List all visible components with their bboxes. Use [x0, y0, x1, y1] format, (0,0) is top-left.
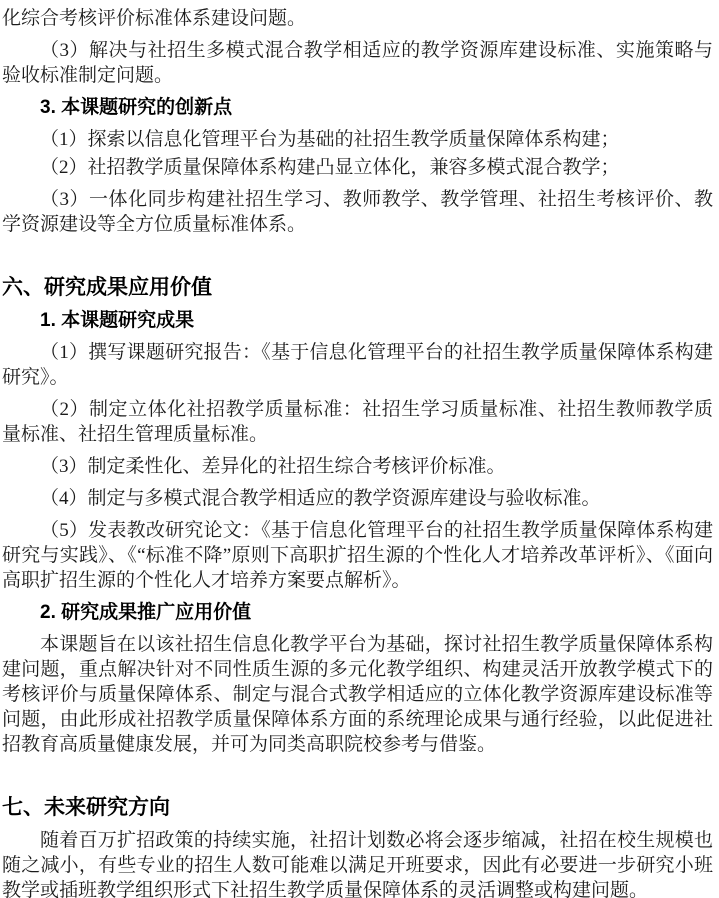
section-heading-research-results-value: 六、研究成果应用价值 [2, 275, 713, 301]
document-page: 化综合考核评价标准体系建设问题。 （3）解决与社招生多模式混合教学相适应的教学资… [0, 0, 719, 898]
paragraph-result-2: （2）制定立体化社招教学质量标准：社招生学习质量标准、社招生教师教学质量标准、社… [2, 397, 713, 447]
paragraph-result-3: （3）制定柔性化、差异化的社招生综合考核评价标准。 [2, 454, 713, 479]
paragraph-innovation-2: （2）社招教学质量保障体系构建凸显立体化，兼容多模式混合教学； [2, 155, 713, 180]
paragraph-innovation-3: （3）一体化同步构建社招生学习、教师教学、教学管理、社招生考核评价、教学资源建设… [2, 187, 713, 237]
subsection-heading-application-value: 2. 研究成果推广应用价值 [2, 601, 713, 625]
subsection-heading-innovation-points: 3. 本课题研究的创新点 [2, 96, 713, 120]
paragraph-innovation-1: （1）探索以信息化管理平台为基础的社招生教学质量保障体系构建； [2, 127, 713, 152]
subsection-heading-research-results: 1. 本课题研究成果 [2, 309, 713, 333]
paragraph-result-1: （1）撰写课题研究报告：《基于信息化管理平台的社招生教学质量保障体系构建研究》。 [2, 340, 713, 390]
paragraph-continuation: 化综合考核评价标准体系建设问题。 [2, 6, 713, 31]
paragraph-result-4: （4）制定与多模式混合教学相适应的教学资源库建设与验收标准。 [2, 486, 713, 511]
paragraph-result-5: （5）发表教改研究论文：《基于信息化管理平台的社招生教学质量保障体系构建研究与实… [2, 518, 713, 593]
paragraph-future-research: 随着百万扩招政策的持续实施，社招计划数必将会逐步缩减，社招在校生规模也随之减小，… [2, 828, 713, 898]
paragraph-application-value: 本课题旨在以该社招生信息化教学平台为基础，探讨社招生教学质量保障体系构建问题，重… [2, 632, 713, 757]
section-heading-future-research: 七、未来研究方向 [2, 795, 713, 821]
paragraph-item-3-problems: （3）解决与社招生多模式混合教学相适应的教学资源库建设标准、实施策略与验收标准制… [2, 38, 713, 88]
